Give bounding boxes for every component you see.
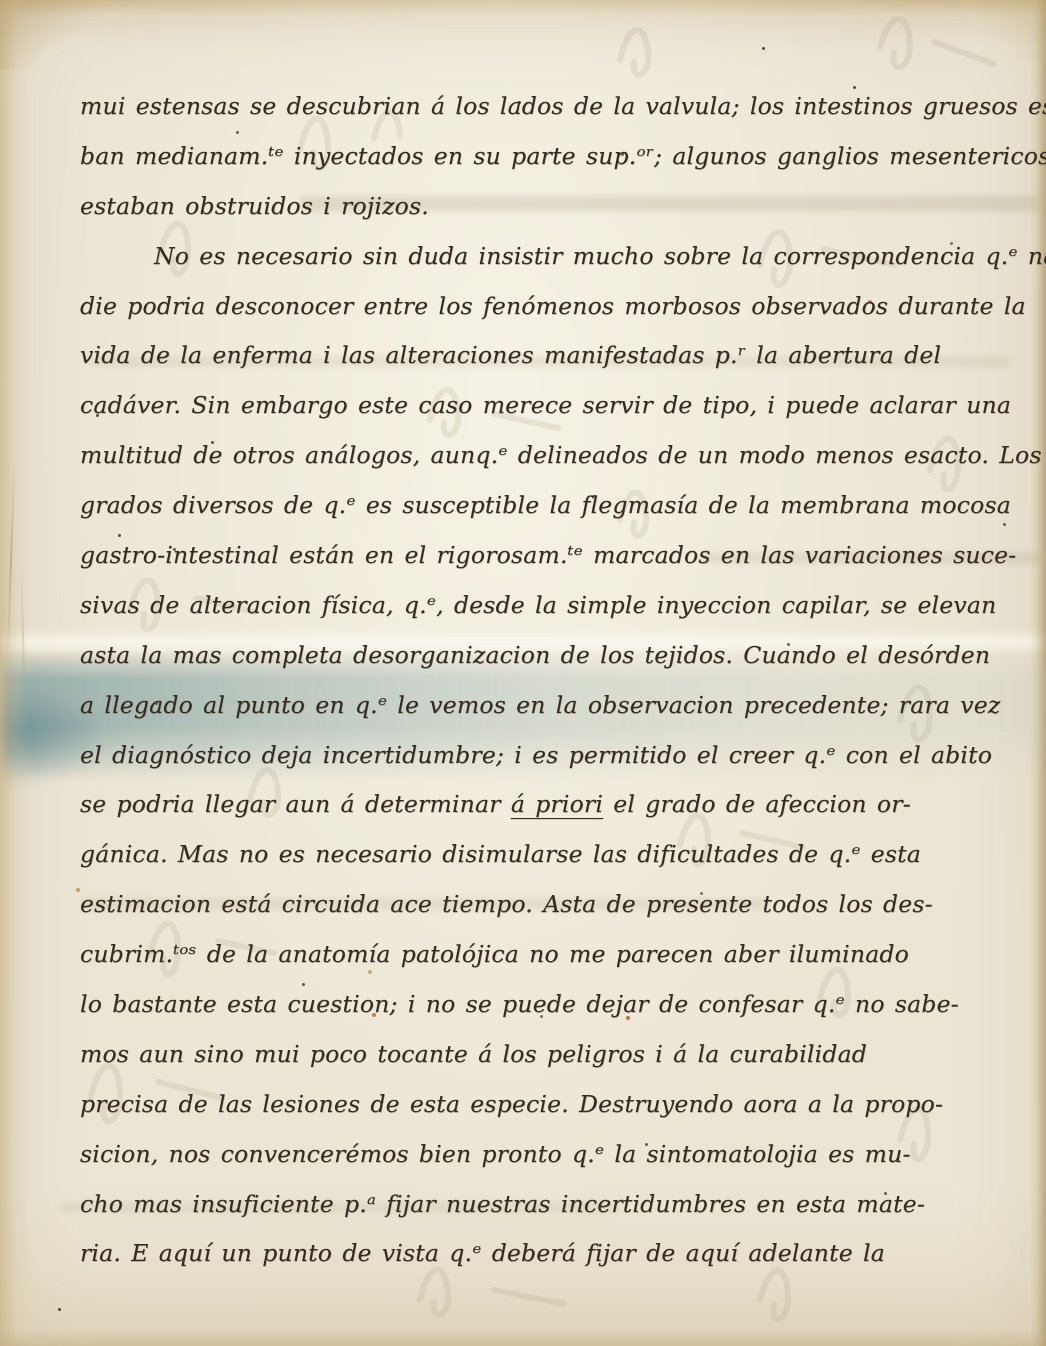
manuscript-line: ria. E aquí un punto de vista q.ᵉ deberá… [80, 1229, 1020, 1279]
manuscript-line: cubrim.ᵗᵒˢ de la anatomía patolójica no … [80, 930, 1020, 980]
manuscript-line: cho mas insuficiente p.ᵃ fijar nuestras … [80, 1180, 1020, 1230]
manuscript-line: asta la mas completa desorganizacion de … [80, 631, 1020, 681]
manuscript-line: mos aun sino mui poco tocante á los peli… [80, 1030, 1020, 1080]
manuscript-line: sivas de alteracion física, q.ᵉ, desde l… [80, 581, 1020, 631]
ghost-stroke [880, 19, 994, 67]
underlined-phrase: á priori [511, 790, 603, 818]
ghost-stroke [620, 30, 648, 75]
manuscript-line: multitud de otros análogos, aunq.ᵉ delin… [80, 431, 1020, 481]
rust-specks [0, 0, 4, 4]
manuscript-line: lo bastante esta cuestion; i no se puede… [80, 980, 1020, 1030]
manuscript-line: die podria desconocer entre los fenómeno… [80, 282, 1020, 332]
manuscript-line: mui estensas se descubrian á los lados d… [80, 82, 1020, 132]
manuscript-line: cadáver. Sin embargo este caso merece se… [80, 381, 1020, 431]
manuscript-line: a llegado al punto en q.ᵉ le vemos en la… [80, 681, 1020, 731]
line-segment: el grado de afeccion or- [603, 790, 911, 818]
manuscript-line: estaban obstruidos i rojizos. [80, 182, 1020, 232]
manuscript-line: grados diversos de q.ᵉ es susceptible la… [80, 481, 1020, 531]
manuscript-line: sicion, nos convencerémos bien pronto q.… [80, 1130, 1020, 1180]
manuscript-line: estimacion está circuida ace tiempo. Ast… [80, 880, 1020, 930]
manuscript-text: mui estensas se descubrian á los lados d… [80, 82, 1020, 1279]
manuscript-line: precisa de las lesiones de esta especie.… [80, 1080, 1020, 1130]
manuscript-line: se podria llegar aun á determinar á prio… [80, 780, 1020, 830]
manuscript-line-paragraph-start: No es necesario sin duda insistir mucho … [80, 232, 1020, 282]
manuscript-line: gastro-intestinal están en el rigorosam.… [80, 531, 1020, 581]
manuscript-line: el diagnóstico deja incertidumbre; i es … [80, 731, 1020, 781]
manuscript-page: mui estensas se descubrian á los lados d… [0, 0, 1046, 1346]
manuscript-line: vida de la enferma i las alteraciones ma… [80, 331, 1020, 381]
manuscript-line: ban medianam.ᵗᵉ inyectados en su parte s… [80, 132, 1020, 182]
manuscript-line: gánica. Mas no es necesario disimularse … [80, 830, 1020, 880]
line-segment: se podria llegar aun á determinar [80, 790, 511, 818]
